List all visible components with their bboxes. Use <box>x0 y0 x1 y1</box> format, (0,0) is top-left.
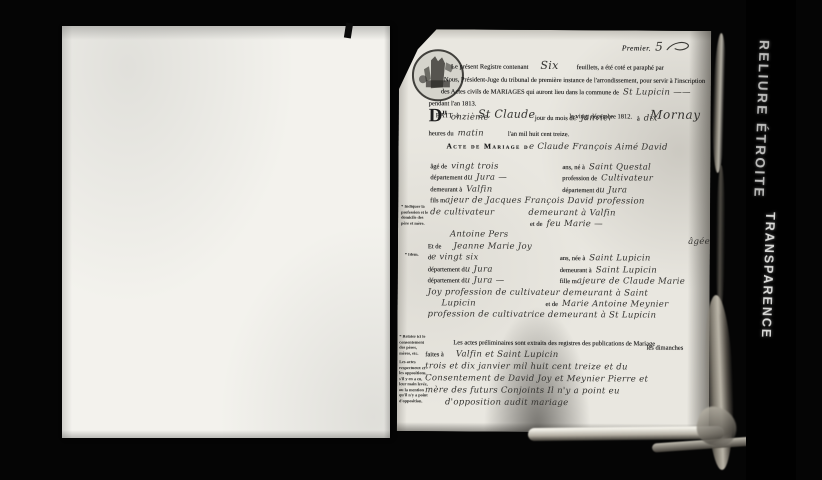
handwritten-text: d'opposition audit mariage <box>445 397 569 408</box>
film-strip: RELIURE ÉTROITE TRANSPARENCE <box>746 0 796 480</box>
printed-text: à <box>637 116 640 123</box>
printed-text: des Actes civils de MARIAGES qui auront … <box>441 88 619 96</box>
printed-text: feuillets, a été coté et paraphé par <box>577 64 664 72</box>
printed-text: Le présent Registre contenant <box>451 63 528 70</box>
bride-section: Et de Jeanne Marie Joy âgée de vingt six… <box>427 235 703 316</box>
margin-note: * Relater ici le consentement des pères,… <box>399 335 428 405</box>
transparence-label: TRANSPARENCE <box>759 212 777 340</box>
printed-dropcap: D <box>429 105 443 126</box>
folio-flourish-icon <box>665 40 691 54</box>
handwritten-text: e Claude François Aimé David <box>529 142 668 153</box>
handwritten-text: dix <box>644 114 658 124</box>
handwritten-text: St Lupicin —— <box>623 88 691 98</box>
text-line: d'opposition audit mariage <box>425 391 701 405</box>
text-line: profession de cultivatrice demeurant à S… <box>427 304 703 317</box>
handwritten-text: e janvier <box>573 113 613 123</box>
handwritten-text: onzième <box>451 112 489 122</box>
handwritten-text: profession de cultivatrice demeurant à S… <box>427 310 656 321</box>
text-line: des Actes civils de MARIAGES qui auront … <box>441 84 705 98</box>
printed-text: jour du mois d <box>535 115 573 122</box>
printed-text: Nous, Président-Juge du tribunal de prem… <box>444 76 705 85</box>
printed-text: les dimanches <box>647 345 684 352</box>
folio-number: Premier. 5 <box>622 37 691 55</box>
groom-section: âgé de vingt trois ans, né à Saint Quest… <box>430 155 706 236</box>
margin-note-text: * Relater ici le consentement des pères,… <box>399 335 428 357</box>
handwritten-text: Six <box>540 59 558 72</box>
handwritten-text: âgée <box>688 237 710 247</box>
page-curl <box>528 426 724 441</box>
folio-printed-label: Premier. <box>622 43 651 52</box>
microfilm-scan: Premier. 5 Le présent Registre contenant… <box>0 0 822 480</box>
binding-notch <box>344 23 353 39</box>
blank-left-page <box>62 26 390 438</box>
reliure-etroite-label: RELIURE ÉTROITE <box>751 40 772 199</box>
text-line: Du onzième jour du mois de janvier à dix <box>429 105 658 125</box>
margin-note: * Indiquer la profession et le domicile … <box>401 205 430 227</box>
acte-de-mariage-line: Acte de Mariage de Claude François Aimé … <box>446 135 667 154</box>
folio-handwritten-number: 5 <box>655 40 663 54</box>
signature: Mornay <box>650 108 701 122</box>
spine-highlight <box>711 33 728 173</box>
publications-section: Les actes préliminaires sont extraits de… <box>425 331 701 405</box>
text-line: Le présent Registre contenant Six feuill… <box>451 59 705 73</box>
register-page: Premier. 5 Le présent Registre contenant… <box>397 29 711 433</box>
margin-note-text: Les actes respectueux et les oppositions… <box>399 361 428 405</box>
printed-text: Acte de Mariage d <box>446 141 529 151</box>
printed-text: u <box>442 107 447 116</box>
spine-highlight <box>715 165 725 315</box>
